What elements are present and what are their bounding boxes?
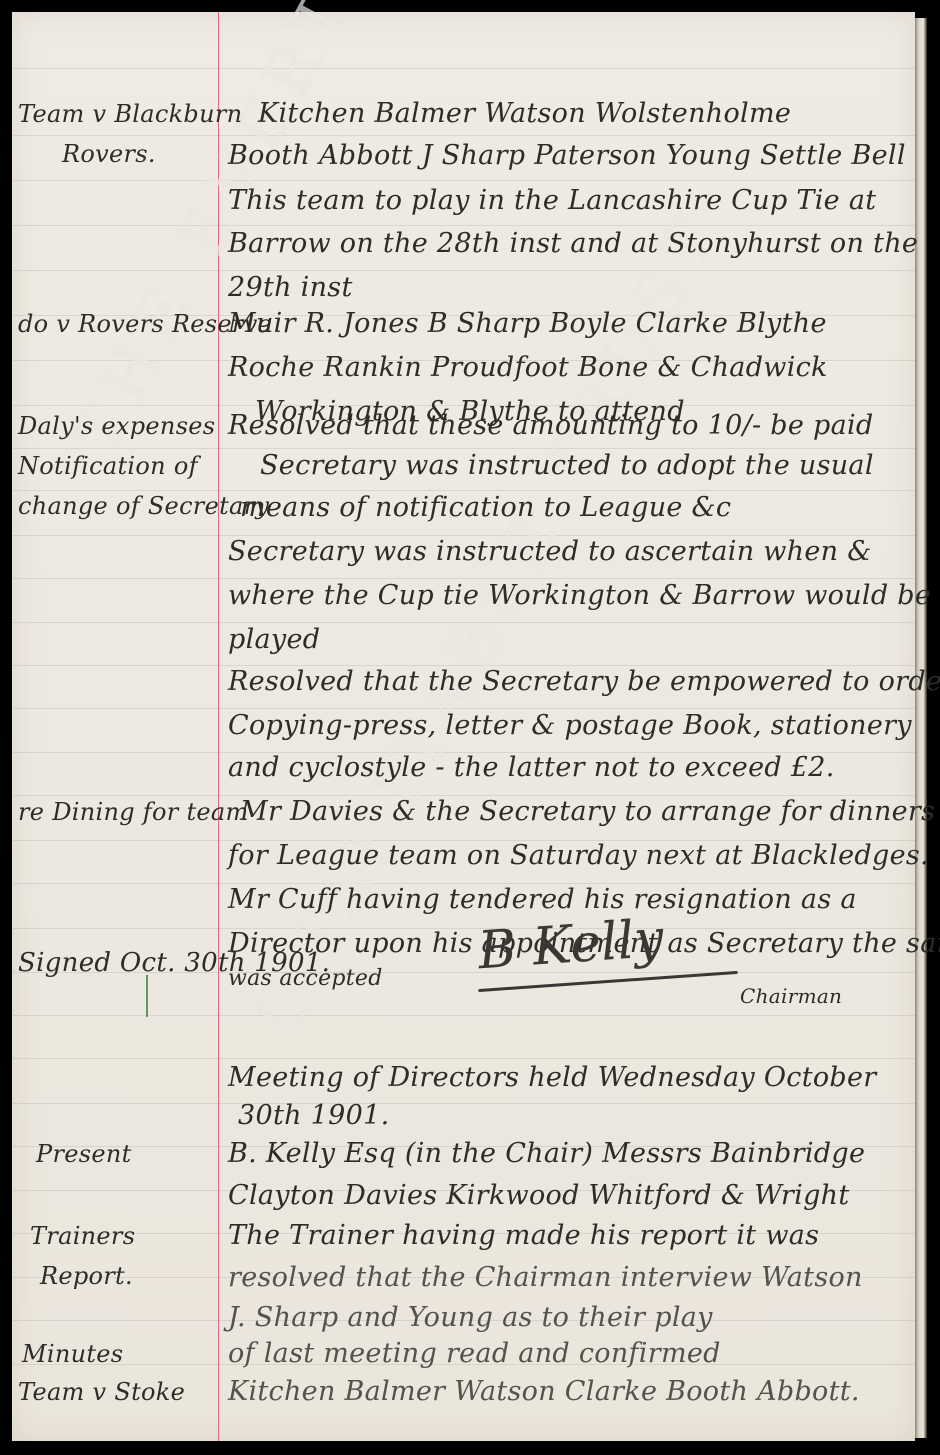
- red-margin-rule: [218, 12, 219, 1441]
- minute-line: Kitchen Balmer Watson Wolstenholme: [258, 98, 791, 129]
- minute-line: J. Sharp and Young as to their play: [228, 1302, 713, 1333]
- minute-line: for League team on Saturday next at Blac…: [228, 840, 929, 871]
- minute-line: means of notification to League &c: [240, 492, 731, 523]
- minute-line: and cyclostyle - the latter not to excee…: [228, 752, 835, 783]
- ruled-line: [12, 225, 915, 226]
- margin-note: re Dining for team: [18, 798, 249, 826]
- minute-line: Secretary was instructed to ascertain wh…: [228, 536, 872, 567]
- minute-line: Mr Davies & the Secretary to arrange for…: [240, 796, 935, 827]
- margin-note: change of Secretary: [18, 492, 269, 520]
- margin-note: Report.: [40, 1262, 133, 1290]
- minute-line: played: [228, 624, 320, 655]
- ruled-line: [12, 180, 915, 181]
- margin-note: Notification of: [18, 452, 198, 480]
- meeting-heading: 30th 1901.: [238, 1100, 389, 1131]
- minute-line: Clayton Davies Kirkwood Whitford & Wrigh…: [228, 1180, 850, 1211]
- margin-note: Minutes: [22, 1340, 123, 1368]
- minute-line: resolved that the Chairman interview Wat…: [228, 1262, 863, 1293]
- minute-line: Kitchen Balmer Watson Clarke Booth Abbot…: [228, 1376, 860, 1407]
- margin-note: Rovers.: [62, 140, 156, 168]
- ruled-line: [12, 490, 915, 491]
- minute-line: Muir R. Jones B Sharp Boyle Clarke Blyth…: [228, 308, 827, 339]
- signed-date: Signed Oct. 30th 1901.: [18, 948, 330, 978]
- ruled-line: [12, 622, 915, 623]
- margin-note: Present: [36, 1140, 132, 1168]
- ruled-line: [12, 448, 915, 449]
- minute-line: The Trainer having made his report it wa…: [228, 1220, 819, 1251]
- minute-line: Secretary was instructed to adopt the us…: [260, 450, 874, 481]
- ruled-line: [12, 270, 915, 271]
- meeting-heading: Meeting of Directors held Wednesday Octo…: [228, 1062, 876, 1093]
- minute-line: of last meeting read and confirmed: [228, 1338, 721, 1369]
- ruled-line: [12, 1058, 915, 1059]
- chairman-title: Chairman: [740, 984, 842, 1008]
- margin-note: Daly's expenses: [18, 412, 215, 440]
- minute-line: Mr Cuff having tendered his resignation …: [228, 884, 857, 915]
- ruled-line: [12, 68, 915, 69]
- ruled-line: [12, 1103, 915, 1104]
- minute-line: 29th inst: [228, 272, 353, 303]
- minute-line: Booth Abbott J Sharp Paterson Young Sett…: [228, 140, 906, 171]
- margin-note: Trainers: [30, 1222, 135, 1250]
- minute-line: This team to play in the Lancashire Cup …: [228, 185, 876, 216]
- minute-line: Barrow on the 28th inst and at Stonyhurs…: [228, 228, 918, 259]
- ruled-line: [12, 708, 915, 709]
- minute-line: Resolved that the Secretary be empowered…: [228, 666, 940, 697]
- margin-note: Team v Stoke: [18, 1378, 185, 1406]
- ruled-line: [12, 578, 915, 579]
- ruled-line: [12, 135, 915, 136]
- minute-line: where the Cup tie Workington & Barrow wo…: [228, 580, 931, 611]
- minute-line: Roche Rankin Proudfoot Bone & Chadwick: [228, 352, 828, 383]
- margin-note: Team v Blackburn: [18, 100, 242, 128]
- minute-line: Resolved that these amounting to 10/- be…: [228, 410, 874, 441]
- minute-line: B. Kelly Esq (in the Chair) Messrs Bainb…: [228, 1138, 865, 1169]
- green-pencil-mark: [146, 975, 148, 1017]
- minute-line: Copying-press, letter & postage Book, st…: [228, 710, 912, 741]
